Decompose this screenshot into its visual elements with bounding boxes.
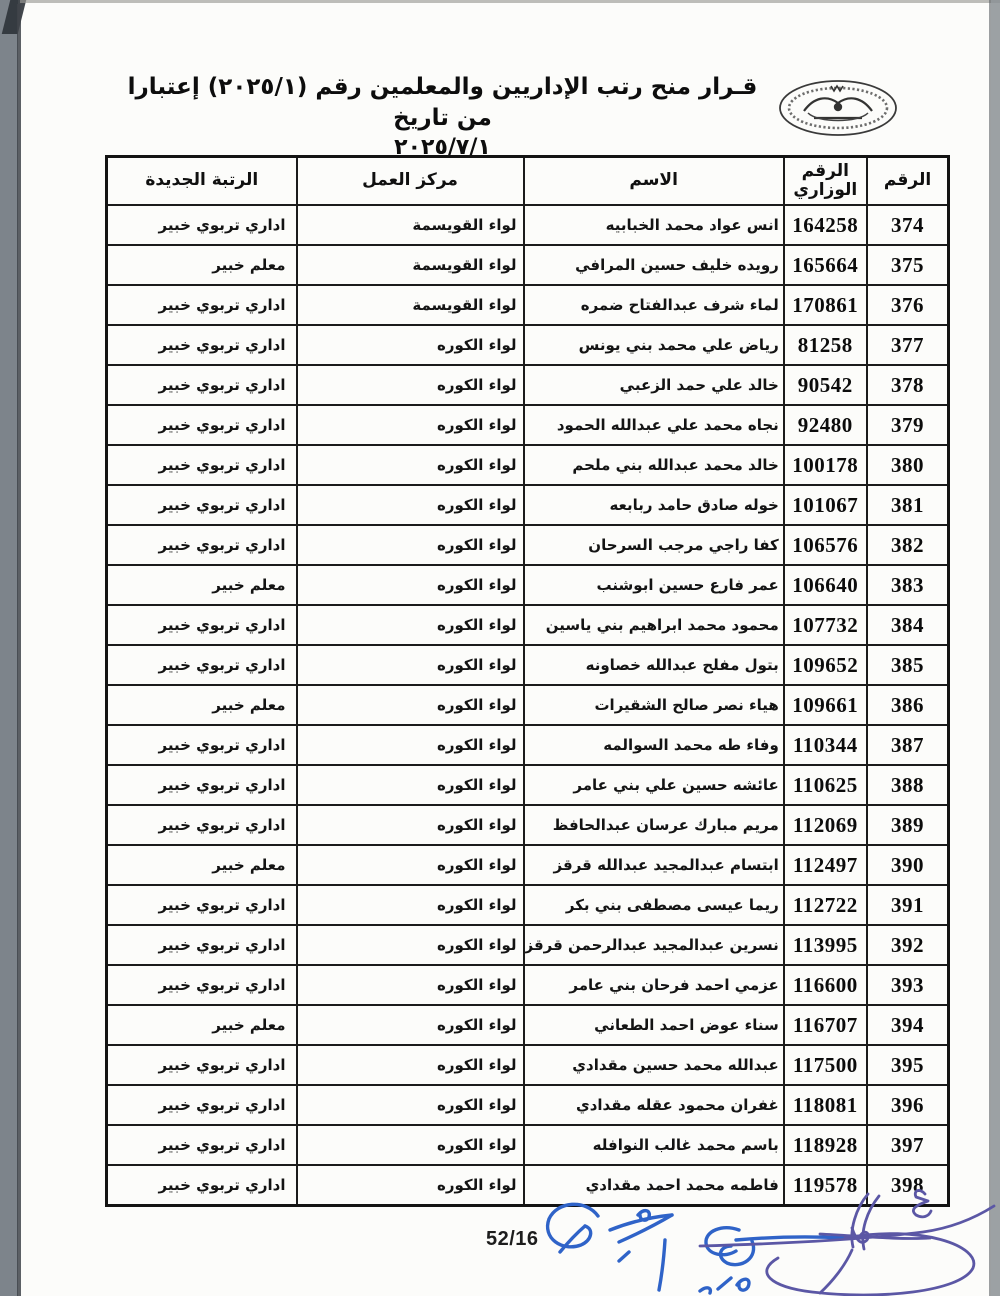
table-row: 384 107732 محمود محمد ابراهيم بني ياسين …: [107, 605, 949, 645]
cell-work-center: لواء الكوره: [297, 485, 524, 525]
cell-work-center: لواء الكوره: [297, 605, 524, 645]
column-header-name: الاسم: [524, 157, 784, 206]
cell-new-rank: اداري تربوي خبير: [107, 885, 297, 925]
cell-number: 380: [867, 445, 949, 485]
cell-name: انس عواد محمد الخبابيه: [524, 205, 784, 245]
cell-work-center: لواء الكوره: [297, 1125, 524, 1165]
cell-work-center: لواء القويسمة: [297, 285, 524, 325]
cell-ministry-number: 116600: [784, 965, 867, 1005]
cell-work-center: لواء الكوره: [297, 805, 524, 845]
table-row: 377 81258 رياض علي محمد بني يونس لواء ال…: [107, 325, 949, 365]
cell-name: عمر فارع حسين ابوشنب: [524, 565, 784, 605]
signature-blue-ink: [548, 1204, 845, 1293]
table-row: 386 109661 هياء نصر صالح الشقيرات لواء ا…: [107, 685, 949, 725]
cell-name: مريم مبارك عرسان عبدالحافظ: [524, 805, 784, 845]
table-header-row: الرقم الرقم الوزاري الاسم مركز العمل الر…: [107, 157, 949, 206]
records-table: الرقم الرقم الوزاري الاسم مركز العمل الر…: [105, 155, 950, 1207]
cell-new-rank: اداري تربوي خبير: [107, 1125, 297, 1165]
cell-name: محمود محمد ابراهيم بني ياسين: [524, 605, 784, 645]
column-header-ministry-number: الرقم الوزاري: [784, 157, 867, 206]
cell-new-rank: معلم خبير: [107, 1005, 297, 1045]
cell-new-rank: اداري تربوي خبير: [107, 1085, 297, 1125]
cell-name: كفا راجي مرجب السرحان: [524, 525, 784, 565]
cell-ministry-number: 119578: [784, 1165, 867, 1206]
scanner-page-edge-right: [989, 0, 991, 1296]
cell-name: عبدالله محمد حسين مقدادي: [524, 1045, 784, 1085]
cell-number: 385: [867, 645, 949, 685]
cell-name: نجاه محمد علي عبدالله الحمود: [524, 405, 784, 445]
cell-name: رياض علي محمد بني يونس: [524, 325, 784, 365]
cell-number: 392: [867, 925, 949, 965]
cell-number: 396: [867, 1085, 949, 1125]
table-row: 389 112069 مريم مبارك عرسان عبدالحافظ لو…: [107, 805, 949, 845]
cell-ministry-number: 110344: [784, 725, 867, 765]
scanner-edge-top: [20, 0, 1000, 3]
table-row: 383 106640 عمر فارع حسين ابوشنب لواء الك…: [107, 565, 949, 605]
scanner-edge-right: [991, 0, 1000, 1296]
cell-number: 388: [867, 765, 949, 805]
cell-ministry-number: 113995: [784, 925, 867, 965]
table-row: 396 118081 غفران محمود عقله مقدادي لواء …: [107, 1085, 949, 1125]
cell-new-rank: اداري تربوي خبير: [107, 285, 297, 325]
cell-work-center: لواء الكوره: [297, 685, 524, 725]
cell-work-center: لواء الكوره: [297, 1085, 524, 1125]
cell-name: رويده خليف حسين المرافي: [524, 245, 784, 285]
table-row: 387 110344 وفاء طه محمد السوالمه لواء ال…: [107, 725, 949, 765]
table-row: 394 116707 سناء عوض احمد الطعاني لواء ال…: [107, 1005, 949, 1045]
document-page: قـرار منح رتب الإداريين والمعلمين رقم (٢…: [0, 0, 1000, 1296]
cell-new-rank: معلم خبير: [107, 245, 297, 285]
cell-new-rank: اداري تربوي خبير: [107, 445, 297, 485]
cell-ministry-number: 92480: [784, 405, 867, 445]
cell-name: خوله صادق حامد ربابعه: [524, 485, 784, 525]
cell-number: 379: [867, 405, 949, 445]
cell-work-center: لواء الكوره: [297, 445, 524, 485]
cell-ministry-number: 112722: [784, 885, 867, 925]
cell-new-rank: اداري تربوي خبير: [107, 525, 297, 565]
cell-ministry-number: 170861: [784, 285, 867, 325]
table-row: 376 170861 لماء شرف عبدالفتاح ضمره لواء …: [107, 285, 949, 325]
cell-new-rank: اداري تربوي خبير: [107, 925, 297, 965]
cell-number: 381: [867, 485, 949, 525]
cell-work-center: لواء الكوره: [297, 365, 524, 405]
cell-name: خالد علي حمد الزعبي: [524, 365, 784, 405]
cell-ministry-number: 106640: [784, 565, 867, 605]
cell-new-rank: اداري تربوي خبير: [107, 405, 297, 445]
cell-name: لماء شرف عبدالفتاح ضمره: [524, 285, 784, 325]
table-row: 395 117500 عبدالله محمد حسين مقدادي لواء…: [107, 1045, 949, 1085]
table-row: 378 90542 خالد علي حمد الزعبي لواء الكور…: [107, 365, 949, 405]
cell-new-rank: اداري تربوي خبير: [107, 965, 297, 1005]
cell-new-rank: اداري تربوي خبير: [107, 325, 297, 365]
cell-number: 394: [867, 1005, 949, 1045]
cell-new-rank: اداري تربوي خبير: [107, 205, 297, 245]
cell-work-center: لواء الكوره: [297, 405, 524, 445]
cell-ministry-number: 110625: [784, 765, 867, 805]
scanner-edge-left: [0, 0, 18, 1296]
cell-number: 374: [867, 205, 949, 245]
cell-name: وفاء طه محمد السوالمه: [524, 725, 784, 765]
cell-number: 395: [867, 1045, 949, 1085]
cell-ministry-number: 112069: [784, 805, 867, 845]
cell-work-center: لواء الكوره: [297, 325, 524, 365]
cell-name: ريما عيسى مصطفى بني بكر: [524, 885, 784, 925]
column-header-new-rank: الرتبة الجديدة: [107, 157, 297, 206]
cell-number: 383: [867, 565, 949, 605]
cell-name: عائشه حسين علي بني عامر: [524, 765, 784, 805]
cell-ministry-number: 106576: [784, 525, 867, 565]
cell-ministry-number: 164258: [784, 205, 867, 245]
cell-work-center: لواء القويسمة: [297, 245, 524, 285]
cell-number: 386: [867, 685, 949, 725]
cell-new-rank: اداري تربوي خبير: [107, 805, 297, 845]
cell-new-rank: معلم خبير: [107, 845, 297, 885]
cell-number: 382: [867, 525, 949, 565]
cell-number: 389: [867, 805, 949, 845]
cell-new-rank: اداري تربوي خبير: [107, 765, 297, 805]
cell-number: 377: [867, 325, 949, 365]
table-row: 381 101067 خوله صادق حامد ربابعه لواء ال…: [107, 485, 949, 525]
cell-name: باسم محمد غالب النوافله: [524, 1125, 784, 1165]
table-row: 398 119578 فاطمه محمد احمد مقدادي لواء ا…: [107, 1165, 949, 1206]
table-row: 379 92480 نجاه محمد علي عبدالله الحمود ل…: [107, 405, 949, 445]
cell-new-rank: اداري تربوي خبير: [107, 485, 297, 525]
scanner-page-edge-line: [17, 4, 21, 1296]
cell-new-rank: اداري تربوي خبير: [107, 725, 297, 765]
cell-name: فاطمه محمد احمد مقدادي: [524, 1165, 784, 1206]
cell-ministry-number: 107732: [784, 605, 867, 645]
cell-ministry-number: 101067: [784, 485, 867, 525]
table-row: 397 118928 باسم محمد غالب النوافله لواء …: [107, 1125, 949, 1165]
table-row: 382 106576 كفا راجي مرجب السرحان لواء ال…: [107, 525, 949, 565]
cell-name: هياء نصر صالح الشقيرات: [524, 685, 784, 725]
cell-work-center: لواء الكوره: [297, 565, 524, 605]
doc-title-line1: قـرار منح رتب الإداريين والمعلمين رقم (٢…: [110, 72, 775, 134]
cell-number: 398: [867, 1165, 949, 1206]
cell-new-rank: معلم خبير: [107, 685, 297, 725]
cell-work-center: لواء الكوره: [297, 965, 524, 1005]
cell-name: سناء عوض احمد الطعاني: [524, 1005, 784, 1045]
cell-name: ابتسام عبدالمجيد عبدالله قرقز: [524, 845, 784, 885]
table-row: 388 110625 عائشه حسين علي بني عامر لواء …: [107, 765, 949, 805]
cell-number: 393: [867, 965, 949, 1005]
table-row: 380 100178 خالد محمد عبدالله بني ملحم لو…: [107, 445, 949, 485]
cell-ministry-number: 90542: [784, 365, 867, 405]
cell-work-center: لواء الكوره: [297, 1045, 524, 1085]
table-row: 374 164258 انس عواد محمد الخبابيه لواء ا…: [107, 205, 949, 245]
cell-work-center: لواء الكوره: [297, 1005, 524, 1045]
cell-work-center: لواء الكوره: [297, 1165, 524, 1206]
cell-name: خالد محمد عبدالله بني ملحم: [524, 445, 784, 485]
cell-new-rank: اداري تربوي خبير: [107, 1165, 297, 1206]
cell-ministry-number: 118928: [784, 1125, 867, 1165]
cell-new-rank: اداري تربوي خبير: [107, 365, 297, 405]
ministry-seal-logo: [776, 78, 900, 138]
cell-new-rank: معلم خبير: [107, 565, 297, 605]
table-row: 375 165664 رويده خليف حسين المرافي لواء …: [107, 245, 949, 285]
cell-work-center: لواء الكوره: [297, 885, 524, 925]
cell-ministry-number: 109652: [784, 645, 867, 685]
table-row: 393 116600 عزمي احمد فرحان بني عامر لواء…: [107, 965, 949, 1005]
cell-name: نسرين عبدالمجيد عبدالرحمن قرقز: [524, 925, 784, 965]
cell-name: بتول مفلح عبدالله خصاونه: [524, 645, 784, 685]
table-row: 392 113995 نسرين عبدالمجيد عبدالرحمن قرق…: [107, 925, 949, 965]
cell-number: 376: [867, 285, 949, 325]
cell-number: 397: [867, 1125, 949, 1165]
doc-title: قـرار منح رتب الإداريين والمعلمين رقم (٢…: [110, 72, 775, 161]
cell-work-center: لواء القويسمة: [297, 205, 524, 245]
cell-ministry-number: 165664: [784, 245, 867, 285]
cell-name: عزمي احمد فرحان بني عامر: [524, 965, 784, 1005]
cell-number: 384: [867, 605, 949, 645]
table-row: 390 112497 ابتسام عبدالمجيد عبدالله قرقز…: [107, 845, 949, 885]
table-row: 391 112722 ريما عيسى مصطفى بني بكر لواء …: [107, 885, 949, 925]
cell-number: 378: [867, 365, 949, 405]
cell-work-center: لواء الكوره: [297, 925, 524, 965]
cell-ministry-number: 118081: [784, 1085, 867, 1125]
cell-ministry-number: 117500: [784, 1045, 867, 1085]
cell-new-rank: اداري تربوي خبير: [107, 1045, 297, 1085]
page-number: 52/16: [486, 1228, 539, 1251]
cell-name: غفران محمود عقله مقدادي: [524, 1085, 784, 1125]
cell-new-rank: اداري تربوي خبير: [107, 645, 297, 685]
cell-ministry-number: 81258: [784, 325, 867, 365]
cell-number: 387: [867, 725, 949, 765]
cell-ministry-number: 100178: [784, 445, 867, 485]
cell-work-center: لواء الكوره: [297, 725, 524, 765]
column-header-number: الرقم: [867, 157, 949, 206]
cell-number: 375: [867, 245, 949, 285]
cell-work-center: لواء الكوره: [297, 525, 524, 565]
cell-work-center: لواء الكوره: [297, 765, 524, 805]
cell-ministry-number: 109661: [784, 685, 867, 725]
cell-number: 391: [867, 885, 949, 925]
column-header-work-center: مركز العمل: [297, 157, 524, 206]
cell-work-center: لواء الكوره: [297, 645, 524, 685]
cell-ministry-number: 112497: [784, 845, 867, 885]
cell-work-center: لواء الكوره: [297, 845, 524, 885]
cell-number: 390: [867, 845, 949, 885]
cell-ministry-number: 116707: [784, 1005, 867, 1045]
cell-new-rank: اداري تربوي خبير: [107, 605, 297, 645]
table-row: 385 109652 بتول مفلح عبدالله خصاونه لواء…: [107, 645, 949, 685]
